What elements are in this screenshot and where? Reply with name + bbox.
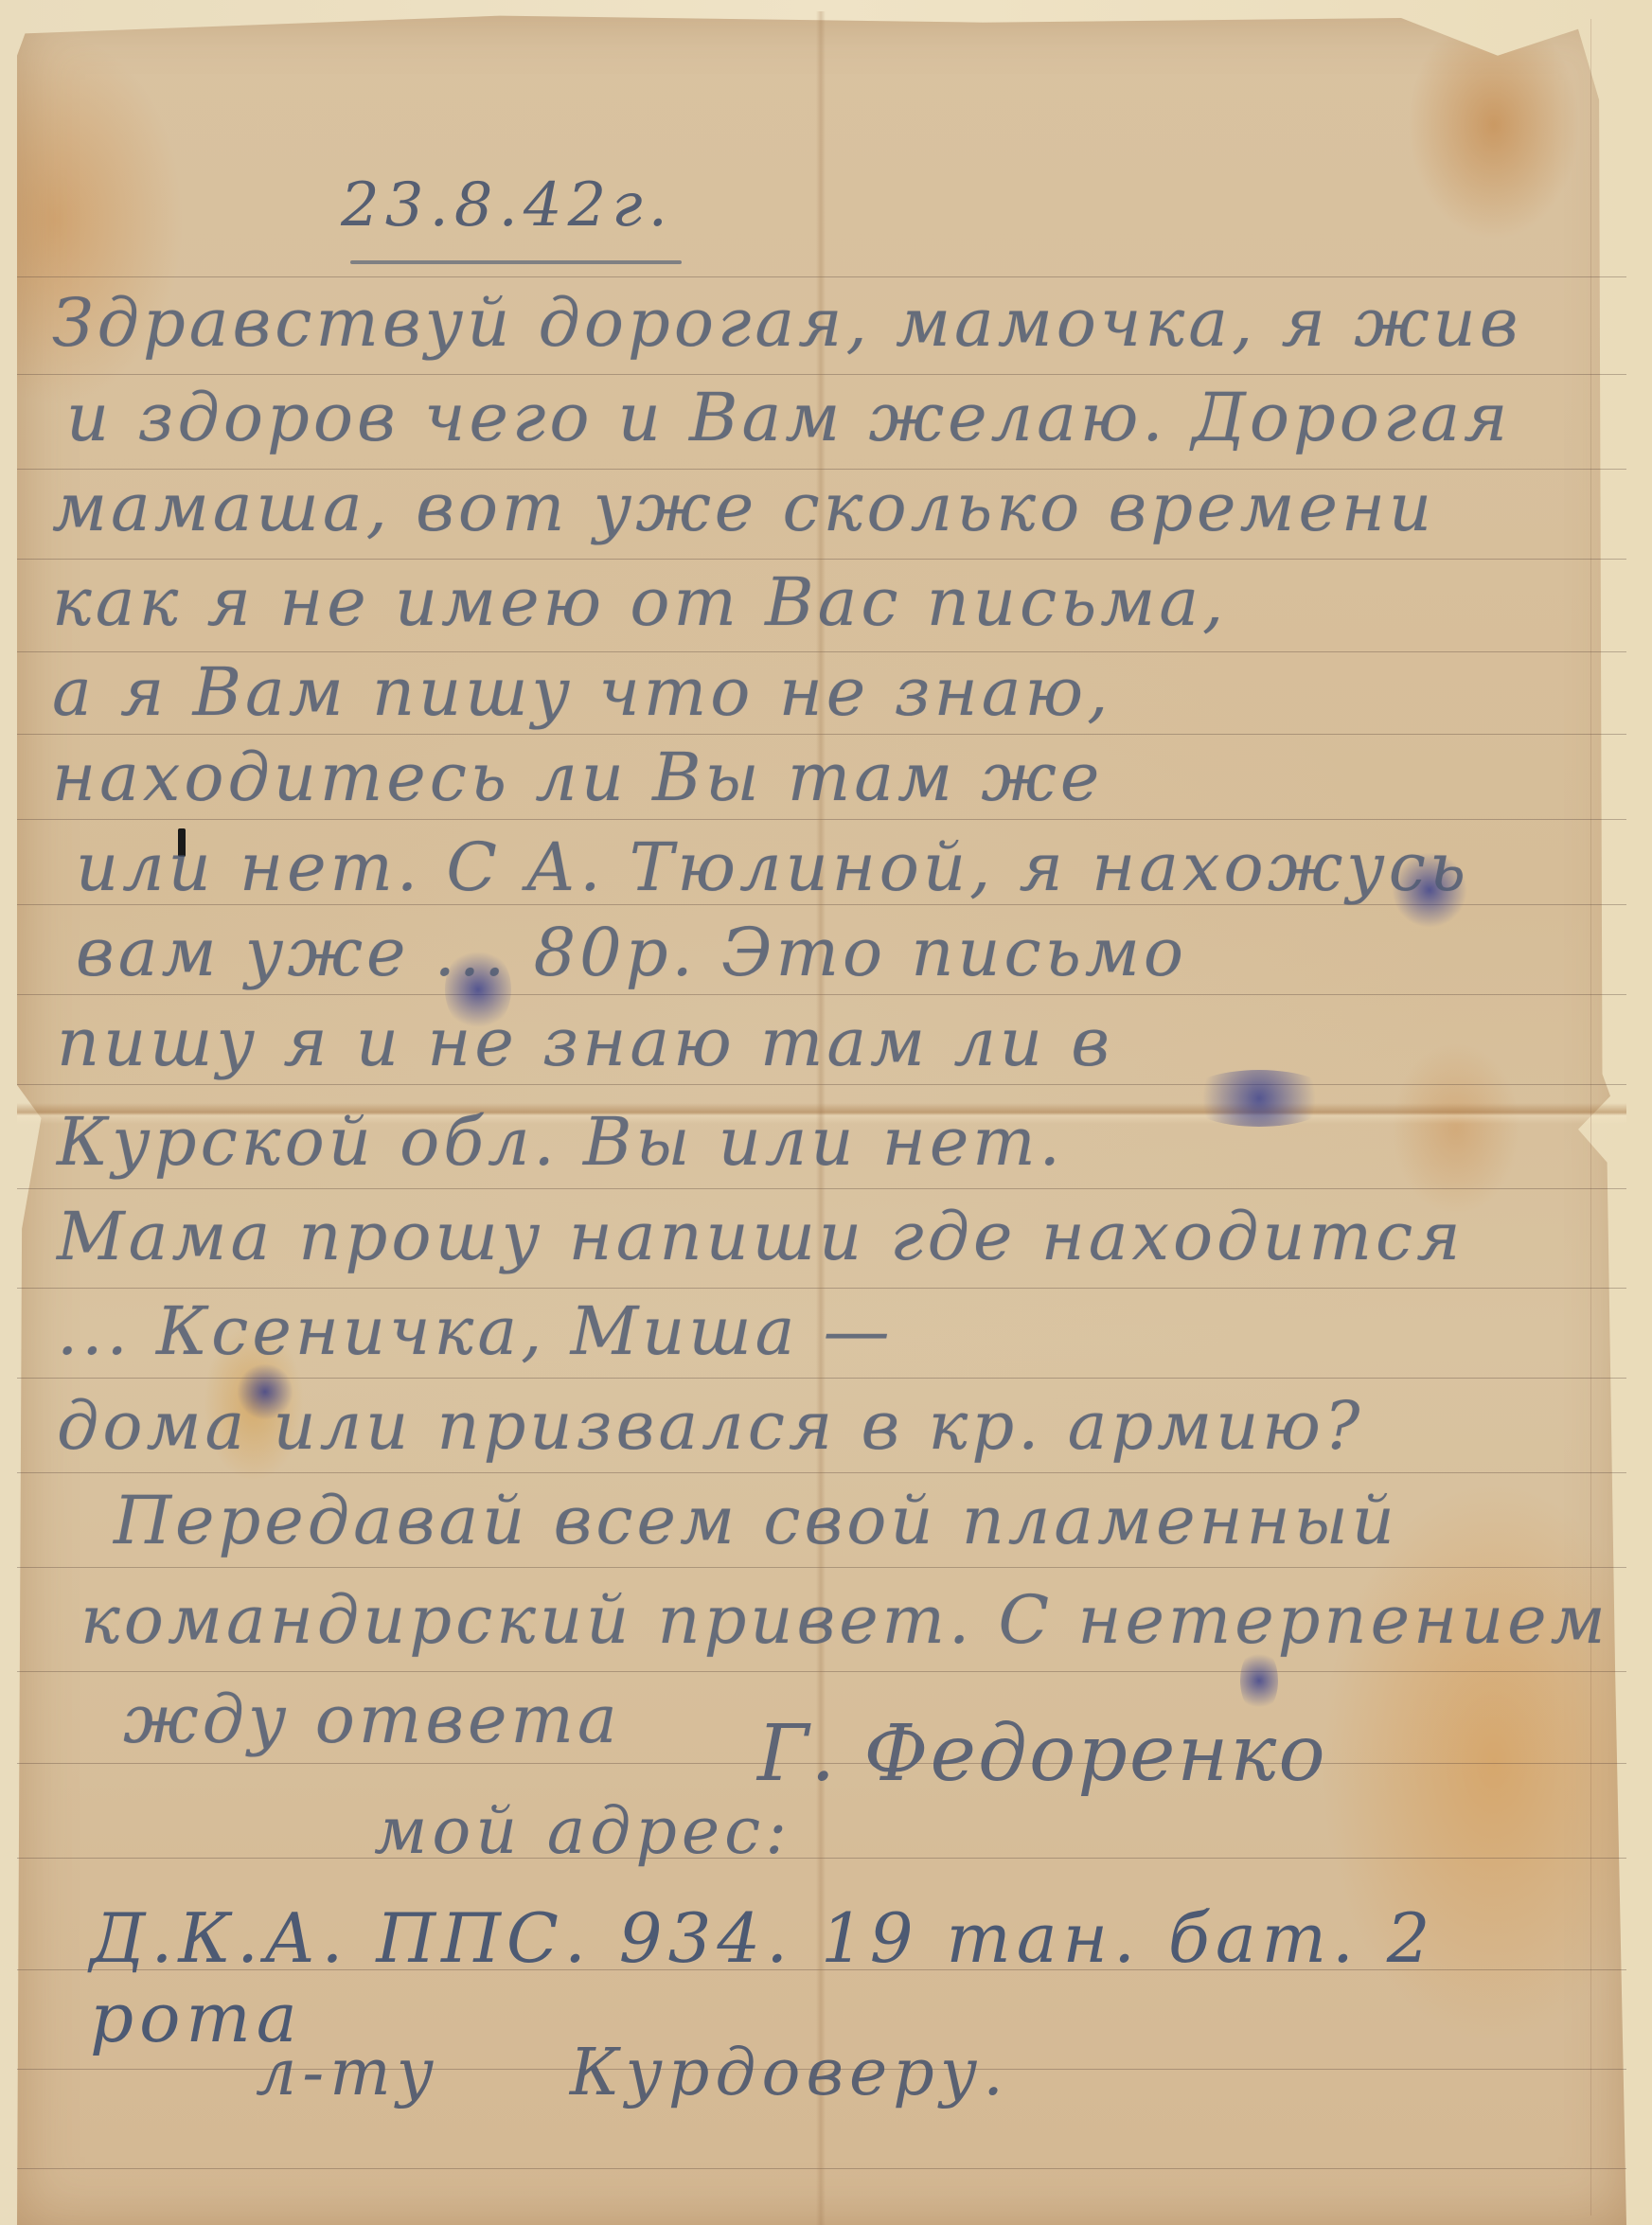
letter-line: как я не имею от Вас письма, (52, 563, 1227, 641)
letter-line: Мама прошу напиши где находится (57, 1198, 1465, 1275)
letter-line: командирский привет. С нетерпением (80, 1581, 1609, 1659)
recipient-line: л-ту Курдоверу. (256, 2036, 1113, 2110)
letter-line: Здравствуй дорогая, мамочка, я жив (52, 284, 1521, 362)
letter-line: Передавай всем свой пламенный (114, 1482, 1398, 1559)
letter-line: ... Ксеничка, Миша — (57, 1292, 894, 1370)
letter-line: жду ответа (123, 1681, 621, 1758)
letter-line: мамаша, вот уже сколько времени (52, 469, 1435, 546)
letter-line: а я Вам пишу что не знаю, (52, 653, 1111, 731)
letter-line: дома или призвался в кр. армию? (57, 1387, 1363, 1465)
letter-line: и здоров чего и Вам желаю. Дорогая (66, 379, 1511, 456)
date-underline (350, 260, 682, 264)
letter-line: находитесь ли Вы там же (52, 739, 1103, 816)
letter-date: 23.8.42г. (341, 170, 673, 240)
letter-line: пишу я и не знаю там ли в (57, 1004, 1113, 1081)
letter-body: 23.8.42г. Здравствуй дорогая, мамочка, я… (0, 0, 1652, 2225)
signature: Г. Федоренко (757, 1709, 1327, 1799)
address-label: мой адрес: (374, 1794, 791, 1869)
letter-line: или нет. С А. Тюлиной, я нахожусь (76, 828, 1469, 906)
letter-line: вам уже ... 80р. Это письмо (76, 914, 1187, 991)
letter-line: Курской обл. Вы или нет. (57, 1103, 1064, 1181)
military-address: Д.К.А. ППС. 934. 19 тан. бат. 2 рота (90, 1898, 1652, 2057)
recipient-rank: л-ту (256, 2036, 439, 2110)
recipient-name: Курдоверу. (570, 2036, 1009, 2110)
